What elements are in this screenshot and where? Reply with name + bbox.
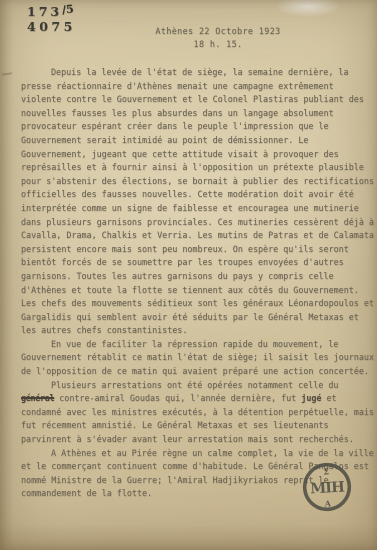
reference-block: 173/5 4075 xyxy=(27,5,76,34)
paragraph-text: Depuis la levée de l'état de siège, la s… xyxy=(21,67,374,335)
archive-number-main: 173 xyxy=(27,4,62,19)
paragraph-text: contre-amiral Goudas qui, l'année derniè… xyxy=(54,393,301,403)
paper-stain xyxy=(0,0,14,550)
paragraph: A Athènes et au Pirée règne un calme com… xyxy=(21,447,374,501)
paragraph-text: A Athènes et au Pirée règne un calme com… xyxy=(21,448,374,499)
margin-pencil-mark xyxy=(2,72,12,75)
scanned-letter-page: 173/5 4075 Athènes 22 Octobre 1923 18 h.… xyxy=(0,0,377,550)
archive-number-suffix: /5 xyxy=(61,2,74,17)
letter-body: Depuis la levée de l'état de siège, la s… xyxy=(21,66,374,501)
overtyped-word: jugé xyxy=(301,393,321,403)
paragraph-text: Plusieurs arrestations ont été opérées n… xyxy=(51,380,338,390)
paragraph-text: En vue de faciliter la répression rapide… xyxy=(21,339,374,376)
archive-number: 173/5 xyxy=(27,5,76,20)
paragraph: En vue de faciliter la répression rapide… xyxy=(21,338,374,379)
paper-stain xyxy=(0,524,377,550)
time-line: 18 h. 15. xyxy=(138,38,298,51)
paragraph: Depuis la levée de l'état de siège, la s… xyxy=(21,66,374,338)
dateline: Athènes 22 Octobre 1923 18 h. 15. xyxy=(138,25,298,50)
registry-number: 4075 xyxy=(27,20,76,34)
place-date-line: Athènes 22 Octobre 1923 xyxy=(138,25,298,38)
paragraph: Plusieurs arrestations ont été opérées n… xyxy=(21,379,374,447)
struck-word: général xyxy=(21,393,54,403)
